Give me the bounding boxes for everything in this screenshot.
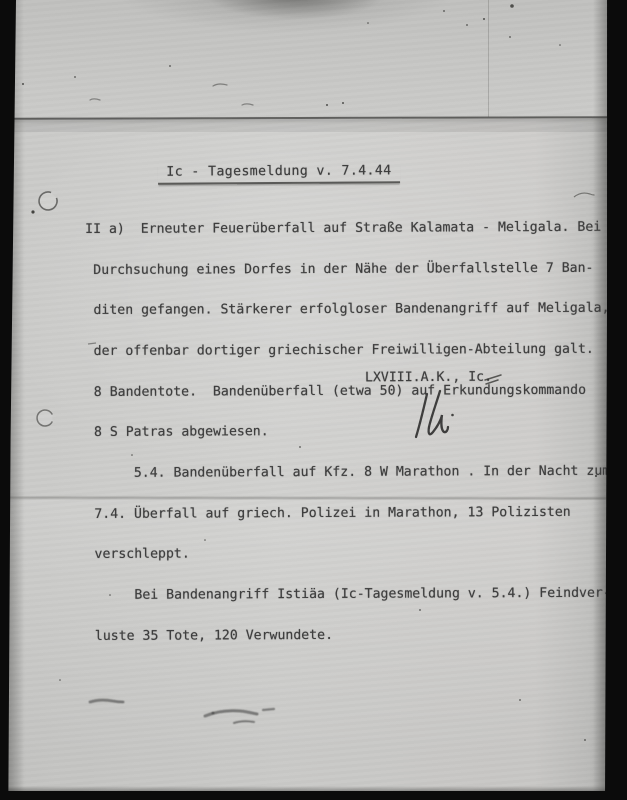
shadow-blob	[183, 0, 408, 52]
film-border-right	[605, 0, 627, 800]
film-border-bottom	[5, 791, 627, 800]
body-line: luste 35 Tote, 120 Verwundete.	[87, 627, 611, 643]
document-title: Ic - Tagesmeldung v. 7.4.44	[158, 163, 400, 184]
body-line: diten gefangen. Stärkerer erfolgloser Ba…	[85, 302, 609, 318]
signature-unit-line: LXVIII.A.K., Ic.	[365, 370, 492, 386]
body-line: 8 S Patras abgewiesen.	[86, 424, 610, 440]
body-line: der offenbar dortiger griechischer Freiw…	[86, 343, 610, 359]
overlapping-page-top	[8, 0, 607, 118]
body-line: 7.4. Überfall auf griech. Polizei in Mar…	[86, 505, 610, 521]
underlying-page-edge-vertical	[488, 0, 489, 117]
body-line: Durchsuchung eines Dorfes in der Nähe de…	[85, 261, 609, 277]
microfilm-document-scan: Ic - Tagesmeldung v. 7.4.44 II a) Erneut…	[0, 0, 627, 800]
body-line: 5.4. Bandenüberfall auf Kfz. 8 W Maratho…	[86, 465, 610, 481]
body-line: II a) Erneuter Feuerüberfall auf Straße …	[85, 221, 609, 237]
body-line: Bei Bandenangriff Istiäa (Ic-Tagesmeldun…	[87, 587, 611, 603]
body-line: 8 Bandentote. Bandenüberfall (etwa 50) a…	[86, 383, 610, 399]
body-line: verschleppt.	[87, 546, 611, 562]
document-body: II a) Erneuter Feuerüberfall auf Straße …	[85, 194, 611, 670]
